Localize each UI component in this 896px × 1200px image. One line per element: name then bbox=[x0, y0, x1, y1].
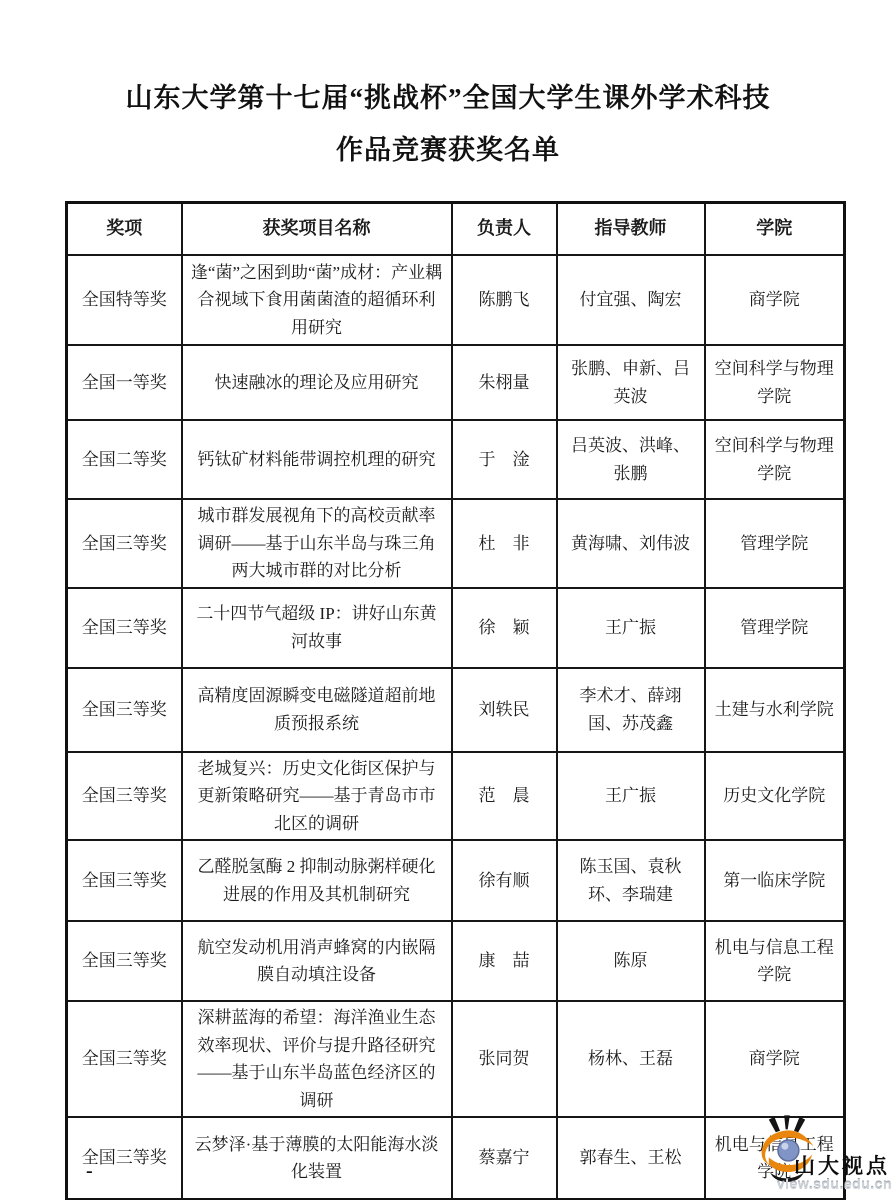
college-cell: 机电与信息工程学院 bbox=[705, 921, 845, 1001]
college-cell: 空间科学与物理学院 bbox=[705, 420, 845, 499]
table-row: 全国三等奖 二十四节气超级 IP：讲好山东黄河故事 徐 颖 王广振 管理学院 bbox=[67, 588, 845, 668]
award-cell: 全国一等奖 bbox=[67, 345, 182, 420]
award-cell: 全国三等奖 bbox=[67, 588, 182, 668]
award-table: 奖项 获奖项目名称 负责人 指导教师 学院 全国特等奖 逢“菌”之困到助“菌”成… bbox=[65, 201, 846, 1200]
college-cell: 历史文化学院 bbox=[705, 752, 845, 841]
college-cell: 管理学院 bbox=[705, 588, 845, 668]
table-row: 全国三等奖 乙醛脱氢酶 2 抑制动脉粥样硬化进展的作用及其机制研究 徐有顺 陈玉… bbox=[67, 840, 845, 921]
advisors-cell: 陈原 bbox=[557, 921, 705, 1001]
header-project: 获奖项目名称 bbox=[182, 203, 452, 256]
advisors-cell: 王广振 bbox=[557, 588, 705, 668]
advisors-cell: 黄海啸、刘伟波 bbox=[557, 499, 705, 588]
advisors-cell: 杨林、王磊 bbox=[557, 1001, 705, 1117]
table-row: 全国特等奖 逢“菌”之困到助“菌”成材：产业耦合视域下食用菌菌渣的超循环利用研究… bbox=[67, 255, 845, 345]
leader-cell: 张同贺 bbox=[452, 1001, 557, 1117]
leader-cell: 徐有顺 bbox=[452, 840, 557, 921]
leader-cell: 于 淦 bbox=[452, 420, 557, 499]
advisors-cell: 吕英波、洪峰、张鹏 bbox=[557, 420, 705, 499]
leader-cell: 杜 非 bbox=[452, 499, 557, 588]
college-cell: 商学院 bbox=[705, 1001, 845, 1117]
table-row: 全国三等奖 云梦泽·基于薄膜的太阳能海水淡化装置 蔡嘉宁 郭春生、王松 机电与信… bbox=[67, 1117, 845, 1199]
project-cell: 老城复兴：历史文化街区保护与更新策略研究——基于青岛市市北区的调研 bbox=[182, 752, 452, 841]
advisors-cell: 陈玉国、袁秋环、李瑞建 bbox=[557, 840, 705, 921]
table-row: 全国三等奖 城市群发展视角下的高校贡献率调研——基于山东半岛与珠三角两大城市群的… bbox=[67, 499, 845, 588]
sdu-viewpoint-logo: 山大视点 view.sdu.edu.cn bbox=[752, 1114, 894, 1196]
leader-cell: 陈鹏飞 bbox=[452, 255, 557, 345]
project-cell: 云梦泽·基于薄膜的太阳能海水淡化装置 bbox=[182, 1117, 452, 1199]
leader-cell: 朱栩量 bbox=[452, 345, 557, 420]
award-cell: 全国三等奖 bbox=[67, 840, 182, 921]
table-row: 全国三等奖 航空发动机用消声蜂窝的内嵌隔膜自动填注设备 康 喆 陈原 机电与信息… bbox=[67, 921, 845, 1001]
document-title-line2: 作品竞赛获奖名单 bbox=[0, 124, 896, 176]
advisors-cell: 郭春生、王松 bbox=[557, 1117, 705, 1199]
project-cell: 航空发动机用消声蜂窝的内嵌隔膜自动填注设备 bbox=[182, 921, 452, 1001]
table-row: 全国二等奖 钙钛矿材料能带调控机理的研究 于 淦 吕英波、洪峰、张鹏 空间科学与… bbox=[67, 420, 845, 499]
project-cell: 逢“菌”之困到助“菌”成材：产业耦合视域下食用菌菌渣的超循环利用研究 bbox=[182, 255, 452, 345]
header-advisors: 指导教师 bbox=[557, 203, 705, 256]
project-cell: 快速融冰的理论及应用研究 bbox=[182, 345, 452, 420]
table-row: 全国三等奖 高精度固源瞬变电磁隧道超前地质预报系统 刘轶民 李术才、薛翊国、苏茂… bbox=[67, 668, 845, 752]
table-row: 全国三等奖 老城复兴：历史文化街区保护与更新策略研究——基于青岛市市北区的调研 … bbox=[67, 752, 845, 841]
project-cell: 二十四节气超级 IP：讲好山东黄河故事 bbox=[182, 588, 452, 668]
table-header-row: 奖项 获奖项目名称 负责人 指导教师 学院 bbox=[67, 203, 845, 256]
leader-cell: 康 喆 bbox=[452, 921, 557, 1001]
award-cell: 全国三等奖 bbox=[67, 668, 182, 752]
header-award: 奖项 bbox=[67, 203, 182, 256]
header-leader: 负责人 bbox=[452, 203, 557, 256]
page-number-dash: - bbox=[86, 1160, 93, 1183]
award-cell: 全国三等奖 bbox=[67, 921, 182, 1001]
leader-cell: 范 晨 bbox=[452, 752, 557, 841]
award-cell: 全国三等奖 bbox=[67, 752, 182, 841]
college-cell: 第一临床学院 bbox=[705, 840, 845, 921]
award-cell: 全国三等奖 bbox=[67, 1117, 182, 1199]
document-title: 山东大学第十七届“挑战杯”全国大学生课外学术科技 作品竞赛获奖名单 bbox=[0, 72, 896, 176]
project-cell: 钙钛矿材料能带调控机理的研究 bbox=[182, 420, 452, 499]
college-cell: 空间科学与物理学院 bbox=[705, 345, 845, 420]
leader-cell: 徐 颖 bbox=[452, 588, 557, 668]
project-cell: 高精度固源瞬变电磁隧道超前地质预报系统 bbox=[182, 668, 452, 752]
advisors-cell: 李术才、薛翊国、苏茂鑫 bbox=[557, 668, 705, 752]
college-cell: 土建与水利学院 bbox=[705, 668, 845, 752]
award-cell: 全国三等奖 bbox=[67, 1001, 182, 1117]
project-cell: 城市群发展视角下的高校贡献率调研——基于山东半岛与珠三角两大城市群的对比分析 bbox=[182, 499, 452, 588]
table-row: 全国一等奖 快速融冰的理论及应用研究 朱栩量 张鹏、申新、吕英波 空间科学与物理… bbox=[67, 345, 845, 420]
document-title-line1: 山东大学第十七届“挑战杯”全国大学生课外学术科技 bbox=[0, 72, 896, 124]
project-cell: 深耕蓝海的希望：海洋渔业生态效率现状、评价与提升路径研究——基于山东半岛蓝色经济… bbox=[182, 1001, 452, 1117]
project-cell: 乙醛脱氢酶 2 抑制动脉粥样硬化进展的作用及其机制研究 bbox=[182, 840, 452, 921]
award-cell: 全国二等奖 bbox=[67, 420, 182, 499]
leader-cell: 蔡嘉宁 bbox=[452, 1117, 557, 1199]
leader-cell: 刘轶民 bbox=[452, 668, 557, 752]
college-cell: 商学院 bbox=[705, 255, 845, 345]
advisors-cell: 付宜强、陶宏 bbox=[557, 255, 705, 345]
award-cell: 全国特等奖 bbox=[67, 255, 182, 345]
table-row: 全国三等奖 深耕蓝海的希望：海洋渔业生态效率现状、评价与提升路径研究——基于山东… bbox=[67, 1001, 845, 1117]
college-cell: 管理学院 bbox=[705, 499, 845, 588]
header-college: 学院 bbox=[705, 203, 845, 256]
page: { "page": { "title_line1": "山东大学第十七届“挑战杯… bbox=[0, 0, 896, 1200]
advisors-cell: 王广振 bbox=[557, 752, 705, 841]
award-cell: 全国三等奖 bbox=[67, 499, 182, 588]
logo-url: view.sdu.edu.cn bbox=[772, 1176, 892, 1192]
advisors-cell: 张鹏、申新、吕英波 bbox=[557, 345, 705, 420]
